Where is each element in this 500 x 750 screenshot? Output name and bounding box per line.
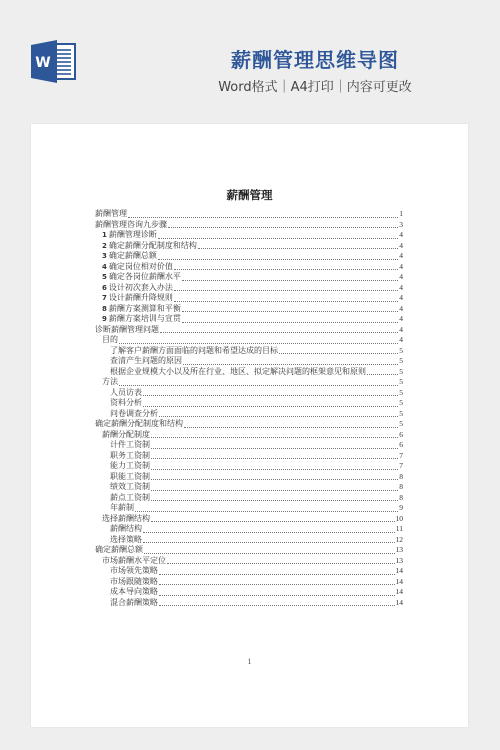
toc-entry-label: 确定各岗位薪酬水平 [109,272,181,283]
toc-entry-label: 查清产生问题的原因 [110,356,182,367]
toc-entry-label: 确定薪酬分配制度和结构 [95,419,183,430]
toc-entry[interactable]: 2确定薪酬分配制度和结构4 [95,241,403,252]
toc-entry-label: 问卷调查分析 [110,409,158,420]
toc-entry-page: 3 [399,220,403,231]
toc-entry[interactable]: 年薪制9 [95,503,403,514]
toc-leader-dots [159,574,395,575]
document-title: 薪酬管理 [31,187,468,203]
toc-entry-page: 14 [396,587,404,598]
toc-entry-label: 成本导向策略 [110,587,158,598]
toc-entry-page: 5 [399,398,403,409]
toc-entry-page: 5 [399,419,403,430]
toc-entry-label: 职能工资制 [110,472,150,483]
toc-leader-dots [143,532,395,533]
toc-entry-page: 14 [396,598,404,609]
toc-entry[interactable]: 目的4 [95,335,403,346]
toc-entry[interactable]: 资料分析5 [95,398,403,409]
toc-leader-dots [119,385,398,386]
toc-entry[interactable]: 市场跟随策略14 [95,577,403,588]
toc-entry-label: 薪酬管理 [95,209,127,220]
toc-entry-label: 人员访表 [110,388,142,399]
toc-entry[interactable]: 8薪酬方案测算和平衡4 [95,304,403,315]
toc-entry-page: 14 [396,566,404,577]
toc-entry-page: 7 [399,461,403,472]
toc-entry-number: 6 [102,283,107,294]
toc-entry-label: 市场领先策略 [110,566,158,577]
toc-leader-dots [279,353,398,354]
toc-entry-label: 职务工资制 [110,451,150,462]
toc-leader-dots [160,332,398,333]
toc-leader-dots [143,395,398,396]
toc-leader-dots [159,605,395,606]
toc-entry-page: 4 [399,335,403,346]
toc-entry[interactable]: 能力工资制7 [95,461,403,472]
toc-entry-page: 4 [399,283,403,294]
toc-entry-page: 5 [399,356,403,367]
toc-entry[interactable]: 薪酬结构11 [95,524,403,535]
toc-entry-page: 8 [399,482,403,493]
toc-leader-dots [151,479,398,480]
header: W 薪酬管理思维导图 Word格式｜A4打印｜内容可更改 [0,0,500,124]
toc-entry-label: 市场薪酬水平定位 [102,556,166,567]
toc-entry-label: 方法 [102,377,118,388]
toc-leader-dots [367,374,398,375]
toc-entry-page: 13 [396,556,404,567]
toc-entry-label: 计件工资制 [110,440,150,451]
toc-entry[interactable]: 选择薪酬结构10 [95,514,403,525]
toc-entry-label: 薪酬结构 [110,524,142,535]
toc-entry[interactable]: 绩效工资制8 [95,482,403,493]
toc-entry-page: 4 [399,304,403,315]
toc-entry-number: 8 [102,304,107,315]
toc-leader-dots [151,469,398,470]
toc-entry-label: 薪点工资制 [110,493,150,504]
toc-entry-label: 年薪制 [110,503,134,514]
toc-leader-dots [151,437,398,438]
toc-entry-page: 5 [399,367,403,378]
toc-entry-page: 9 [399,503,403,514]
toc-entry-page: 5 [399,388,403,399]
toc-leader-dots [184,427,398,428]
toc-entry-label: 确定薪酬总额 [95,545,143,556]
toc-entry[interactable]: 选择策略12 [95,535,403,546]
toc-entry[interactable]: 7设计薪酬升降规则4 [95,293,403,304]
toc-leader-dots [183,364,398,365]
toc-entry-page: 4 [399,314,403,325]
toc-entry-label: 薪酬方案测算和平衡 [109,304,181,315]
toc-entry[interactable]: 薪点工资制8 [95,493,403,504]
toc-entry[interactable]: 了解客户薪酬方面面临的问题和希望达成的目标5 [95,346,403,357]
toc-entry-page: 4 [399,262,403,273]
toc-entry-label: 选择策略 [110,535,142,546]
toc-leader-dots [143,542,395,543]
toc-entry-page: 4 [399,272,403,283]
toc-leader-dots [151,521,395,522]
toc-entry[interactable]: 确定薪酬总额13 [95,545,403,556]
toc-entry-page: 5 [399,409,403,420]
toc-leader-dots [182,280,398,281]
toc-entry-page: 7 [399,451,403,462]
toc-leader-dots [144,553,395,554]
toc-leader-dots [174,269,398,270]
toc-entry-label: 绩效工资制 [110,482,150,493]
toc-entry-page: 4 [399,241,403,252]
toc-leader-dots [151,448,398,449]
toc-entry-page: 14 [396,577,404,588]
toc-entry-label: 诊断薪酬管理问题 [95,325,159,336]
page-title: 薪酬管理思维导图 [0,44,500,73]
toc-entry-page: 8 [399,472,403,483]
toc-entry-page: 5 [399,346,403,357]
toc-entry[interactable]: 职能工资制8 [95,472,403,483]
toc-entry-label: 设计薪酬升降规则 [109,293,173,304]
toc-leader-dots [151,490,398,491]
toc-leader-dots [174,301,398,302]
toc-entry[interactable]: 职务工资制7 [95,451,403,462]
toc-entry-label: 薪酬分配制度 [102,430,150,441]
toc-leader-dots [159,416,398,417]
toc-leader-dots [143,406,398,407]
toc-entry-label: 资料分析 [110,398,142,409]
toc-entry-number: 7 [102,293,107,304]
toc-leader-dots [174,290,398,291]
toc-entry-page: 8 [399,493,403,504]
toc-entry[interactable]: 市场薪酬水平定位13 [95,556,403,567]
page-number: 1 [31,657,468,666]
toc-leader-dots [182,311,398,312]
toc-leader-dots [159,584,395,585]
toc-entry[interactable]: 市场领先策略14 [95,566,403,577]
toc-leader-dots [128,217,398,218]
toc-entry-page: 11 [396,524,403,535]
toc-entry-label: 了解客户薪酬方面面临的问题和希望达成的目标 [110,346,278,357]
toc-entry[interactable]: 诊断薪酬管理问题4 [95,325,403,336]
toc-entry-number: 2 [102,241,107,252]
toc-entry[interactable]: 确定薪酬分配制度和结构5 [95,419,403,430]
toc-entry-page: 6 [399,430,403,441]
toc-entry[interactable]: 薪酬分配制度6 [95,430,403,441]
toc-entry-page: 13 [396,545,404,556]
toc-entry-label: 薪酬管理诊断 [109,230,157,241]
toc-entry[interactable]: 问卷调查分析5 [95,409,403,420]
toc-entry[interactable]: 方法5 [95,377,403,388]
toc-entry-page: 4 [399,251,403,262]
toc-leader-dots [198,248,398,249]
toc-entry-label: 确定岗位相对价值 [109,262,173,273]
toc-entry-label: 能力工资制 [110,461,150,472]
toc-entry[interactable]: 根据企业规模大小以及所在行业、地区、拟定解决问题的框架意见和原则5 [95,367,403,378]
toc-leader-dots [159,595,395,596]
toc-leader-dots [135,511,398,512]
toc-entry[interactable]: 混合薪酬策略14 [95,598,403,609]
toc-entry[interactable]: 查清产生问题的原因5 [95,356,403,367]
document-page: 薪酬管理 薪酬管理1薪酬管理咨询九步骤31薪酬管理诊断42确定薪酬分配制度和结构… [31,124,468,727]
toc-entry[interactable]: 6设计初次套入办法4 [95,283,403,294]
toc-entry-number: 1 [102,230,107,241]
toc-entry-label: 确定薪酬分配制度和结构 [109,241,197,252]
toc-entry-label: 薪酬方案培训与宣贯 [109,314,181,325]
toc-entry[interactable]: 9薪酬方案培训与宣贯4 [95,314,403,325]
toc-entry[interactable]: 薪酬管理咨询九步骤3 [95,220,403,231]
toc-entry-page: 6 [399,440,403,451]
toc-entry-label: 根据企业规模大小以及所在行业、地区、拟定解决问题的框架意见和原则 [110,367,366,378]
toc-entry[interactable]: 5确定各岗位薪酬水平4 [95,272,403,283]
toc-entry-label: 目的 [102,335,118,346]
toc-entry-number: 4 [102,262,107,273]
toc-entry[interactable]: 人员访表5 [95,388,403,399]
toc-leader-dots [182,322,398,323]
toc-entry-label: 混合薪酬策略 [110,598,158,609]
toc-entry-label: 薪酬管理咨询九步骤 [95,220,167,231]
toc-entry[interactable]: 1薪酬管理诊断4 [95,230,403,241]
toc-leader-dots [158,259,398,260]
toc-entry[interactable]: 3确定薪酬总额4 [95,251,403,262]
toc-entry[interactable]: 4确定岗位相对价值4 [95,262,403,273]
toc-entry[interactable]: 成本导向策略14 [95,587,403,598]
toc-entry-number: 5 [102,272,107,283]
toc-entry-page: 12 [396,535,404,546]
toc-entry[interactable]: 薪酬管理1 [95,209,403,220]
toc-leader-dots [151,500,398,501]
toc-entry-label: 设计初次套入办法 [109,283,173,294]
toc-entry-page: 4 [399,230,403,241]
toc-leader-dots [168,227,398,228]
toc-entry-number: 3 [102,251,107,262]
toc-entry-page: 4 [399,325,403,336]
toc-leader-dots [158,238,398,239]
toc-entry-page: 1 [399,209,403,220]
toc-entry-page: 5 [399,377,403,388]
toc-entry-label: 市场跟随策略 [110,577,158,588]
toc-entry-page: 10 [396,514,404,525]
toc-entry-page: 4 [399,293,403,304]
toc-leader-dots [119,343,398,344]
toc-entry-label: 选择薪酬结构 [102,514,150,525]
toc-leader-dots [151,458,398,459]
table-of-contents: 薪酬管理1薪酬管理咨询九步骤31薪酬管理诊断42确定薪酬分配制度和结构43确定薪… [95,209,403,608]
toc-leader-dots [167,563,395,564]
toc-entry-number: 9 [102,314,107,325]
toc-entry[interactable]: 计件工资制6 [95,440,403,451]
page-subtitle: Word格式｜A4打印｜内容可更改 [0,76,500,95]
toc-entry-label: 确定薪酬总额 [109,251,157,262]
